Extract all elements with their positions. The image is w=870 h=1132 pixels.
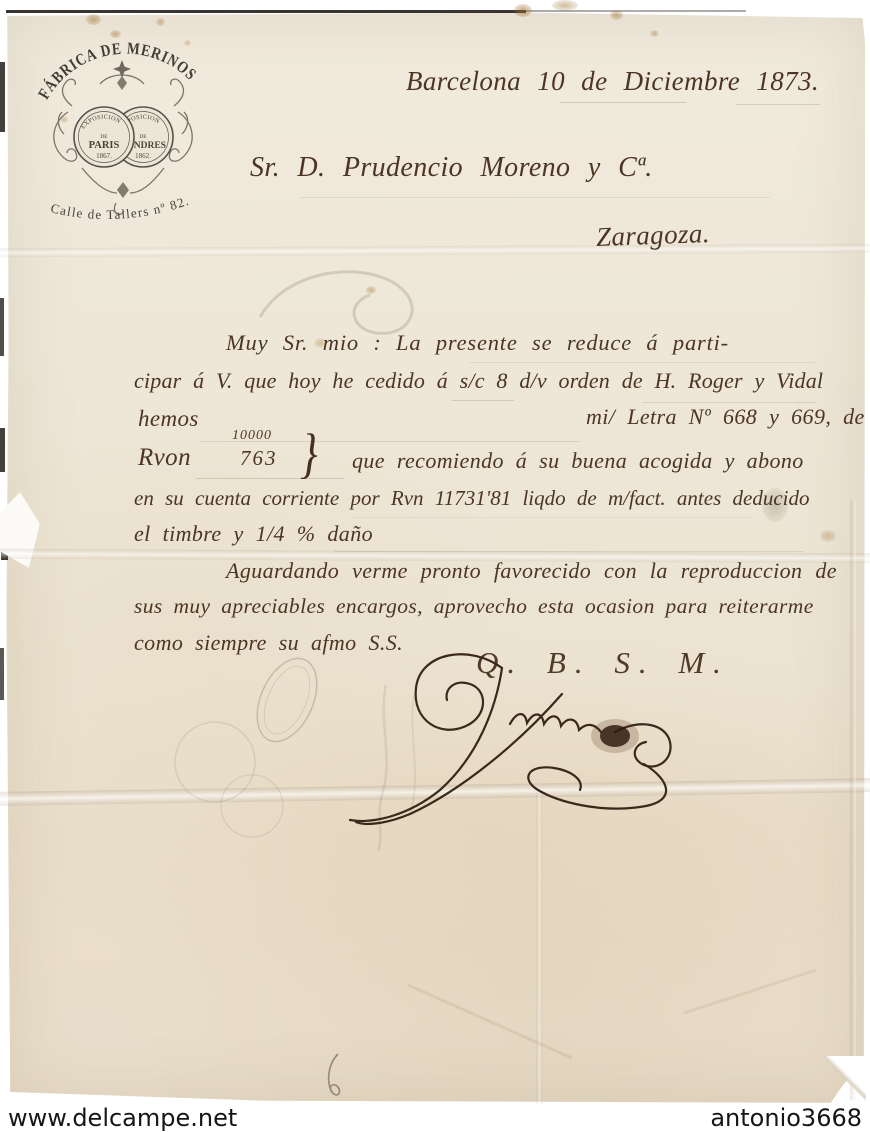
corner-fold	[822, 1056, 866, 1104]
medallion-paris: EXPOSICION DE PARIS 1867.	[74, 107, 134, 167]
watermark-seller: antonio3668	[710, 1104, 862, 1132]
printed-rule	[736, 104, 820, 105]
ink-underline	[642, 402, 817, 403]
scan-edge-line	[6, 10, 526, 13]
svg-text:Calle de Tallers nº 82.: Calle de Tallers nº 82.	[49, 193, 190, 222]
signature-flourish	[110, 638, 790, 883]
pencil-doodle	[324, 1052, 346, 1100]
recipient-city: Zaragoza.	[595, 218, 710, 253]
ink-underline	[452, 400, 514, 401]
body-line: que recomiendo á su buena acogida y abon…	[352, 448, 804, 474]
printed-rule	[352, 517, 752, 518]
scanned-letter: FÁBRICA DE MERINOS EXPOSICION DE LONDRES…	[0, 0, 870, 1132]
date-line: Barcelona 10 de Diciembre 1873.	[406, 66, 819, 97]
fold-crease-vertical	[850, 500, 856, 1100]
torn-edge-mark	[0, 62, 5, 132]
amount-label: Rvon	[138, 444, 191, 472]
body-line: sus muy apreciables encargos, aprovecho …	[134, 594, 814, 619]
letterhead-emblem: FÁBRICA DE MERINOS EXPOSICION DE LONDRES…	[20, 40, 220, 245]
amount-denominator: 763	[240, 446, 278, 471]
foxing-stain	[820, 530, 836, 542]
torn-edge-mark	[0, 298, 4, 356]
foxing-stain	[514, 4, 532, 17]
body-line: el timbre y 1/4 % daño	[134, 521, 373, 547]
letterhead-street-address: Calle de Tallers nº 82.	[49, 193, 190, 222]
body-line: mi/ Letra Nº 668 y 669, de	[586, 404, 865, 430]
body-line: en su cuenta corriente por Rvn 11731'81 …	[134, 486, 809, 511]
ink-underline	[196, 478, 344, 479]
torn-edge-mark	[0, 648, 4, 700]
medallion-londres-year: 1862.	[135, 152, 151, 160]
foxing-stain	[110, 30, 121, 38]
foxing-stain	[610, 10, 623, 20]
foxing-stain	[552, 0, 578, 11]
torn-edge-mark	[0, 428, 5, 472]
svg-text:FÁBRICA DE MERINOS: FÁBRICA DE MERINOS	[34, 40, 201, 102]
printed-rule	[300, 197, 770, 198]
amount-brace: }	[300, 422, 318, 486]
recipient-name: Sr. D. Prudencio Moreno y Cª.	[250, 152, 653, 184]
medallion-paris-year: 1867.	[96, 152, 112, 160]
foxing-stain	[650, 30, 659, 37]
ghost-flourish	[260, 272, 412, 334]
body-line: hemos	[138, 406, 199, 432]
amount-numerator: 10000	[232, 428, 272, 444]
medallion-paris-city: PARIS	[89, 140, 120, 151]
body-line: cipar á V. que hoy he cedido á s/c 8 d/v…	[134, 368, 823, 394]
printed-rule	[470, 362, 815, 363]
ink-blot	[600, 725, 630, 747]
body-line: Aguardando verme pronto favorecido con l…	[226, 558, 837, 584]
watermark-delcampe: www.delcampe.net	[8, 1104, 237, 1132]
medallion-londres-de: DE	[139, 134, 147, 140]
printed-rule	[560, 102, 686, 103]
foxing-stain	[156, 18, 165, 26]
foxing-stain	[86, 14, 101, 25]
letterhead-title: FÁBRICA DE MERINOS	[34, 40, 201, 102]
body-line: Muy Sr. mio : La presente se reduce á pa…	[226, 330, 729, 356]
ink-underline	[334, 551, 804, 552]
